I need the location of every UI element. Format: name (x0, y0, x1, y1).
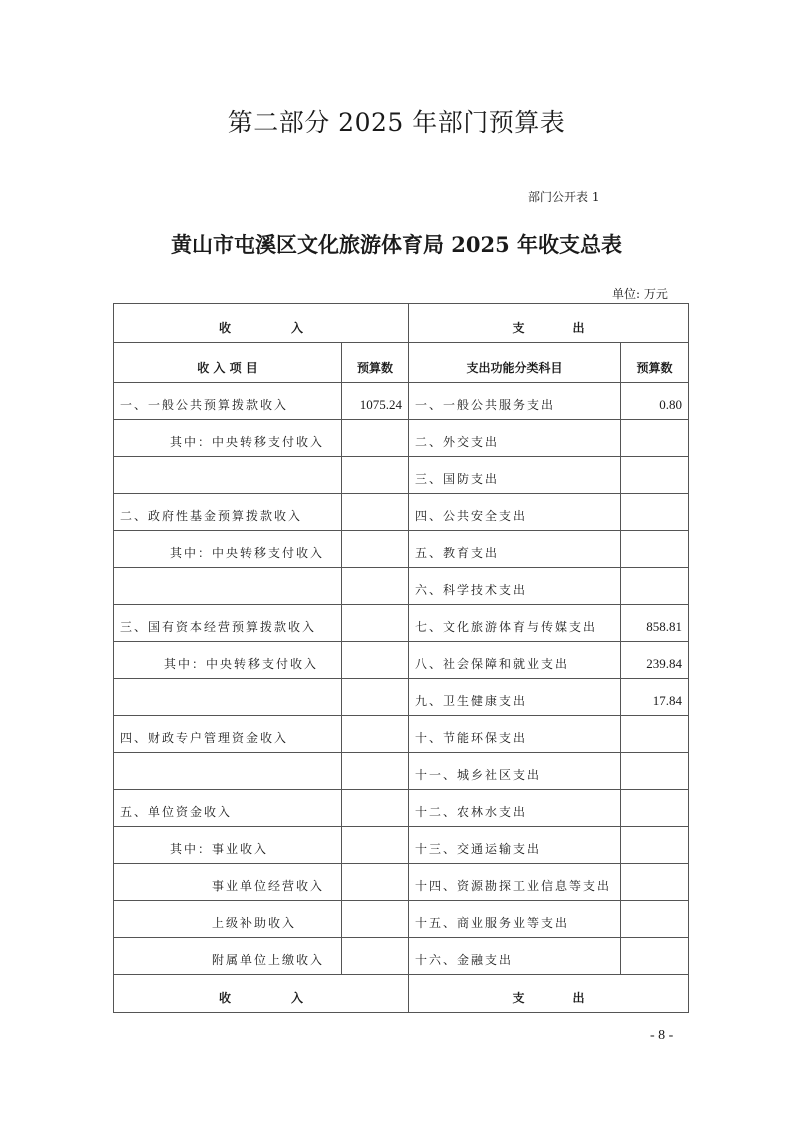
expense-item-cell: 五、教育支出 (409, 531, 621, 568)
table-row: 其中：中央转移支付收入八、社会保障和就业支出239.84 (114, 642, 689, 679)
income-amount-cell (342, 938, 409, 975)
expense-amount-cell (621, 901, 689, 938)
income-amount-cell (342, 827, 409, 864)
expense-item-cell: 十一、城乡社区支出 (409, 753, 621, 790)
income-amount-cell (342, 790, 409, 827)
table-row: 五、单位资金收入十二、农林水支出 (114, 790, 689, 827)
expense-footer-header: 支 出 (409, 975, 689, 1013)
expense-item-cell: 一、一般公共服务支出 (409, 383, 621, 420)
expense-amount-cell (621, 420, 689, 457)
table-row: 二、政府性基金预算拨款收入四、公共安全支出 (114, 494, 689, 531)
income-amount-cell: 1075.24 (342, 383, 409, 420)
table-row: 事业单位经营收入十四、资源勘探工业信息等支出 (114, 864, 689, 901)
expense-amount-cell: 17.84 (621, 679, 689, 716)
income-group-header: 收 入 (114, 304, 409, 343)
income-item-cell: 上级补助收入 (114, 901, 342, 938)
expense-item-cell: 十、节能环保支出 (409, 716, 621, 753)
expense-item-cell: 十五、商业服务业等支出 (409, 901, 621, 938)
income-amount-cell (342, 642, 409, 679)
expense-amount-cell (621, 531, 689, 568)
expense-amount-cell (621, 938, 689, 975)
expense-amount-cell (621, 790, 689, 827)
income-item-cell (114, 457, 342, 494)
expense-amount-cell: 0.80 (621, 383, 689, 420)
income-amount-cell (342, 457, 409, 494)
table-row: 一、一般公共预算拨款收入1075.24一、一般公共服务支出0.80 (114, 383, 689, 420)
budget-summary-table: 收 入 支 出 收 入 项 目 预算数 支出功能分类科目 预算数 一、一般公共预… (113, 303, 689, 1013)
income-amount-cell (342, 568, 409, 605)
expense-amount-cell (621, 753, 689, 790)
expense-item-header: 支出功能分类科目 (409, 343, 621, 383)
main-title: 黄山市屯溪区文化旅游体育局 2025 年收支总表 (0, 229, 793, 259)
income-item-cell: 一、一般公共预算拨款收入 (114, 383, 342, 420)
expense-item-cell: 十四、资源勘探工业信息等支出 (409, 864, 621, 901)
income-amount-cell (342, 420, 409, 457)
expense-item-cell: 八、社会保障和就业支出 (409, 642, 621, 679)
expense-item-cell: 九、卫生健康支出 (409, 679, 621, 716)
table-row: 三、国有资本经营预算拨款收入七、文化旅游体育与传媒支出858.81 (114, 605, 689, 642)
expense-item-cell: 四、公共安全支出 (409, 494, 621, 531)
expense-amount-cell (621, 827, 689, 864)
table-row: 三、国防支出 (114, 457, 689, 494)
form-number: 部门公开表 1 (528, 188, 599, 205)
income-item-cell: 四、财政专户管理资金收入 (114, 716, 342, 753)
income-item-cell: 其中：中央转移支付收入 (114, 642, 342, 679)
income-amount-cell (342, 494, 409, 531)
expense-amount-header: 预算数 (621, 343, 689, 383)
group-header-row: 收 入 支 出 (114, 304, 689, 343)
column-header-row: 收 入 项 目 预算数 支出功能分类科目 预算数 (114, 343, 689, 383)
expense-amount-cell (621, 716, 689, 753)
income-amount-cell (342, 901, 409, 938)
expense-item-cell: 二、外交支出 (409, 420, 621, 457)
expense-amount-cell (621, 568, 689, 605)
income-item-cell: 五、单位资金收入 (114, 790, 342, 827)
expense-item-cell: 三、国防支出 (409, 457, 621, 494)
income-amount-cell (342, 753, 409, 790)
footer-header-row: 收 入支 出 (114, 975, 689, 1013)
table-row: 四、财政专户管理资金收入十、节能环保支出 (114, 716, 689, 753)
expense-item-cell: 十三、交通运输支出 (409, 827, 621, 864)
income-item-cell: 事业单位经营收入 (114, 864, 342, 901)
income-amount-header: 预算数 (342, 343, 409, 383)
expense-amount-cell (621, 494, 689, 531)
table-row: 其中：中央转移支付收入二、外交支出 (114, 420, 689, 457)
expense-item-cell: 十六、金融支出 (409, 938, 621, 975)
expense-amount-cell (621, 457, 689, 494)
income-amount-cell (342, 605, 409, 642)
income-item-cell: 附属单位上缴收入 (114, 938, 342, 975)
income-item-cell (114, 753, 342, 790)
table-row: 九、卫生健康支出17.84 (114, 679, 689, 716)
income-item-cell: 其中：事业收入 (114, 827, 342, 864)
income-item-header: 收 入 项 目 (114, 343, 342, 383)
income-item-cell (114, 568, 342, 605)
table-row: 附属单位上缴收入十六、金融支出 (114, 938, 689, 975)
expense-amount-cell: 858.81 (621, 605, 689, 642)
income-amount-cell (342, 716, 409, 753)
table-row: 上级补助收入十五、商业服务业等支出 (114, 901, 689, 938)
unit-label: 单位: 万元 (612, 285, 668, 302)
table-row: 其中：事业收入十三、交通运输支出 (114, 827, 689, 864)
expense-item-cell: 七、文化旅游体育与传媒支出 (409, 605, 621, 642)
expense-group-header: 支 出 (409, 304, 689, 343)
income-item-cell: 其中：中央转移支付收入 (114, 420, 342, 457)
income-amount-cell (342, 679, 409, 716)
expense-amount-cell: 239.84 (621, 642, 689, 679)
income-item-cell: 三、国有资本经营预算拨款收入 (114, 605, 342, 642)
expense-item-cell: 十二、农林水支出 (409, 790, 621, 827)
income-footer-header: 收 入 (114, 975, 409, 1013)
expense-amount-cell (621, 864, 689, 901)
page-number: - 8 - (650, 1028, 673, 1044)
expense-item-cell: 六、科学技术支出 (409, 568, 621, 605)
table-row: 六、科学技术支出 (114, 568, 689, 605)
table-row: 十一、城乡社区支出 (114, 753, 689, 790)
income-item-cell: 其中：中央转移支付收入 (114, 531, 342, 568)
part-title: 第二部分 2025 年部门预算表 (0, 103, 793, 139)
income-amount-cell (342, 864, 409, 901)
income-amount-cell (342, 531, 409, 568)
table-row: 其中：中央转移支付收入五、教育支出 (114, 531, 689, 568)
income-item-cell (114, 679, 342, 716)
income-item-cell: 二、政府性基金预算拨款收入 (114, 494, 342, 531)
